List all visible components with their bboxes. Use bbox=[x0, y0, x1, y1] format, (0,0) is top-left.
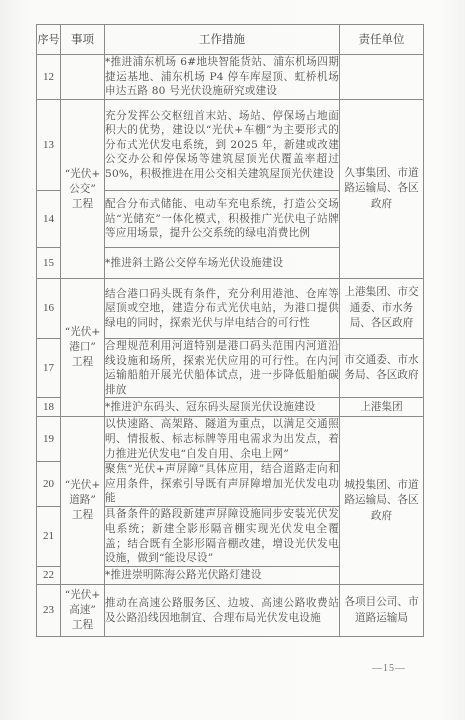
category-port-pv: “光伏+ 港口” 工程 bbox=[61, 279, 105, 417]
row-seq: 14 bbox=[37, 191, 61, 248]
row-measure: 以快速路、高架路、隧道为重点，以满足交通照明、情报板、标志标牌等用电需求为出发点… bbox=[105, 417, 340, 462]
category-line: “光伏+ bbox=[61, 325, 104, 340]
row-seq: 13 bbox=[37, 100, 61, 191]
row-measure: 推动在高速公路服务区、边坡、高速公路收费站及公路沿线因地制宜、合理布局光伏发电设… bbox=[105, 585, 340, 637]
page-number: —15— bbox=[372, 663, 406, 674]
row-measure: 聚焦“光伏+声屏障”具体应用，结合道路走向和应用条件，探索引导既有声屏障增加光伏… bbox=[105, 462, 340, 507]
header-item: 事项 bbox=[61, 25, 105, 55]
category-line: 工程 bbox=[61, 355, 104, 370]
category-line: 港口” bbox=[61, 340, 104, 355]
row-seq: 20 bbox=[37, 462, 61, 507]
table-header-row: 序号 事项 工作措施 责任单位 bbox=[37, 25, 424, 55]
row-seq: 19 bbox=[37, 417, 61, 462]
row-seq: 18 bbox=[37, 398, 61, 417]
responsible-unit: 市交通委、市水务局、各区政府 bbox=[340, 339, 424, 398]
category-bus-pv: “光伏+ 公交” 工程 bbox=[61, 100, 105, 279]
responsible-unit: 各项目公司、市道路运输局 bbox=[340, 585, 424, 637]
row-measure: 充分发挥公交枢纽首末站、场站、停保场占地面积大的优势，建设以“光伏+车棚”为主要… bbox=[105, 100, 340, 191]
category-line: 工程 bbox=[61, 197, 104, 212]
work-measures-table: 序号 事项 工作措施 责任单位 12 *推进浦东机场 6#地块智能货站、浦东机场… bbox=[36, 24, 424, 637]
row-measure: 合理规范利用河道特别是港口码头范围内河道沿线设施和场所，探索光伏应用的可行性。在… bbox=[105, 339, 340, 398]
table-row: 13 “光伏+ 公交” 工程 充分发挥公交枢纽首末站、场站、停保场占地面积大的优… bbox=[37, 100, 424, 191]
category-expressway-pv: “光伏+ 高速” 工程 bbox=[61, 585, 105, 637]
category-road-pv: “光伏+ 道路” 工程 bbox=[61, 417, 105, 585]
row-unit-empty bbox=[340, 55, 424, 100]
responsible-unit: 上港集团、市交通委、市水务局、各区政府 bbox=[340, 279, 424, 339]
row-seq: 22 bbox=[37, 567, 61, 585]
table-row: 19 “光伏+ 道路” 工程 以快速路、高架路、隧道为重点，以满足交通照明、情报… bbox=[37, 417, 424, 462]
category-line: 高速” bbox=[61, 603, 104, 618]
table-row: 12 *推进浦东机场 6#地块智能货站、浦东机场四期捷运基地、浦东机场 P4 停… bbox=[37, 55, 424, 100]
row-item-empty bbox=[61, 55, 105, 100]
row-measure: *推进沪东码头、冠东码头屋顶光伏设施建设 bbox=[105, 398, 340, 417]
row-seq: 16 bbox=[37, 279, 61, 339]
category-line: “光伏+ bbox=[61, 588, 104, 603]
row-seq: 21 bbox=[37, 507, 61, 567]
header-unit: 责任单位 bbox=[340, 25, 424, 55]
row-measure: 具备条件的路段新建声屏障设施同步安装光伏发电系统；新建全影形隔音棚实现光伏发电全… bbox=[105, 507, 340, 567]
row-seq: 17 bbox=[37, 339, 61, 398]
row-seq: 23 bbox=[37, 585, 61, 637]
category-line: 公交” bbox=[61, 182, 104, 197]
category-line: “光伏+ bbox=[61, 478, 104, 493]
row-measure: *推进浦东机场 6#地块智能货站、浦东机场四期捷运基地、浦东机场 P4 停车库屋… bbox=[105, 55, 340, 100]
category-line: “光伏+ bbox=[61, 167, 104, 182]
category-line: 工程 bbox=[61, 618, 104, 633]
category-line: 工程 bbox=[61, 508, 104, 523]
row-measure: 结合港口码头既有条件，充分利用港池、仓库等屋顶或空地，建造分布式光伏电站，为港口… bbox=[105, 279, 340, 339]
category-line: 道路” bbox=[61, 493, 104, 508]
responsible-unit: 城投集团、市道路运输局、各区政府 bbox=[340, 417, 424, 585]
responsible-unit: 久事集团、市道路运输局、各区政府 bbox=[340, 100, 424, 279]
row-measure: 配合分布式储能、电动车充电系统，打造公交场站“光储充”一体化模式，积极推广光伏电… bbox=[105, 191, 340, 248]
row-seq: 12 bbox=[37, 55, 61, 100]
header-measure: 工作措施 bbox=[105, 25, 340, 55]
row-seq: 15 bbox=[37, 248, 61, 279]
row-measure: *推进崇明陈海公路光伏路灯建设 bbox=[105, 567, 340, 585]
table-row: 23 “光伏+ 高速” 工程 推动在高速公路服务区、边坡、高速公路收费站及公路沿… bbox=[37, 585, 424, 637]
header-seq: 序号 bbox=[37, 25, 61, 55]
document-page: 序号 事项 工作措施 责任单位 12 *推进浦东机场 6#地块智能货站、浦东机场… bbox=[0, 0, 465, 720]
row-measure: *推进斜土路公交停车场光伏设施建设 bbox=[105, 248, 340, 279]
responsible-unit: 上港集团 bbox=[340, 398, 424, 417]
table-row: 16 “光伏+ 港口” 工程 结合港口码头既有条件，充分利用港池、仓库等屋顶或空… bbox=[37, 279, 424, 339]
